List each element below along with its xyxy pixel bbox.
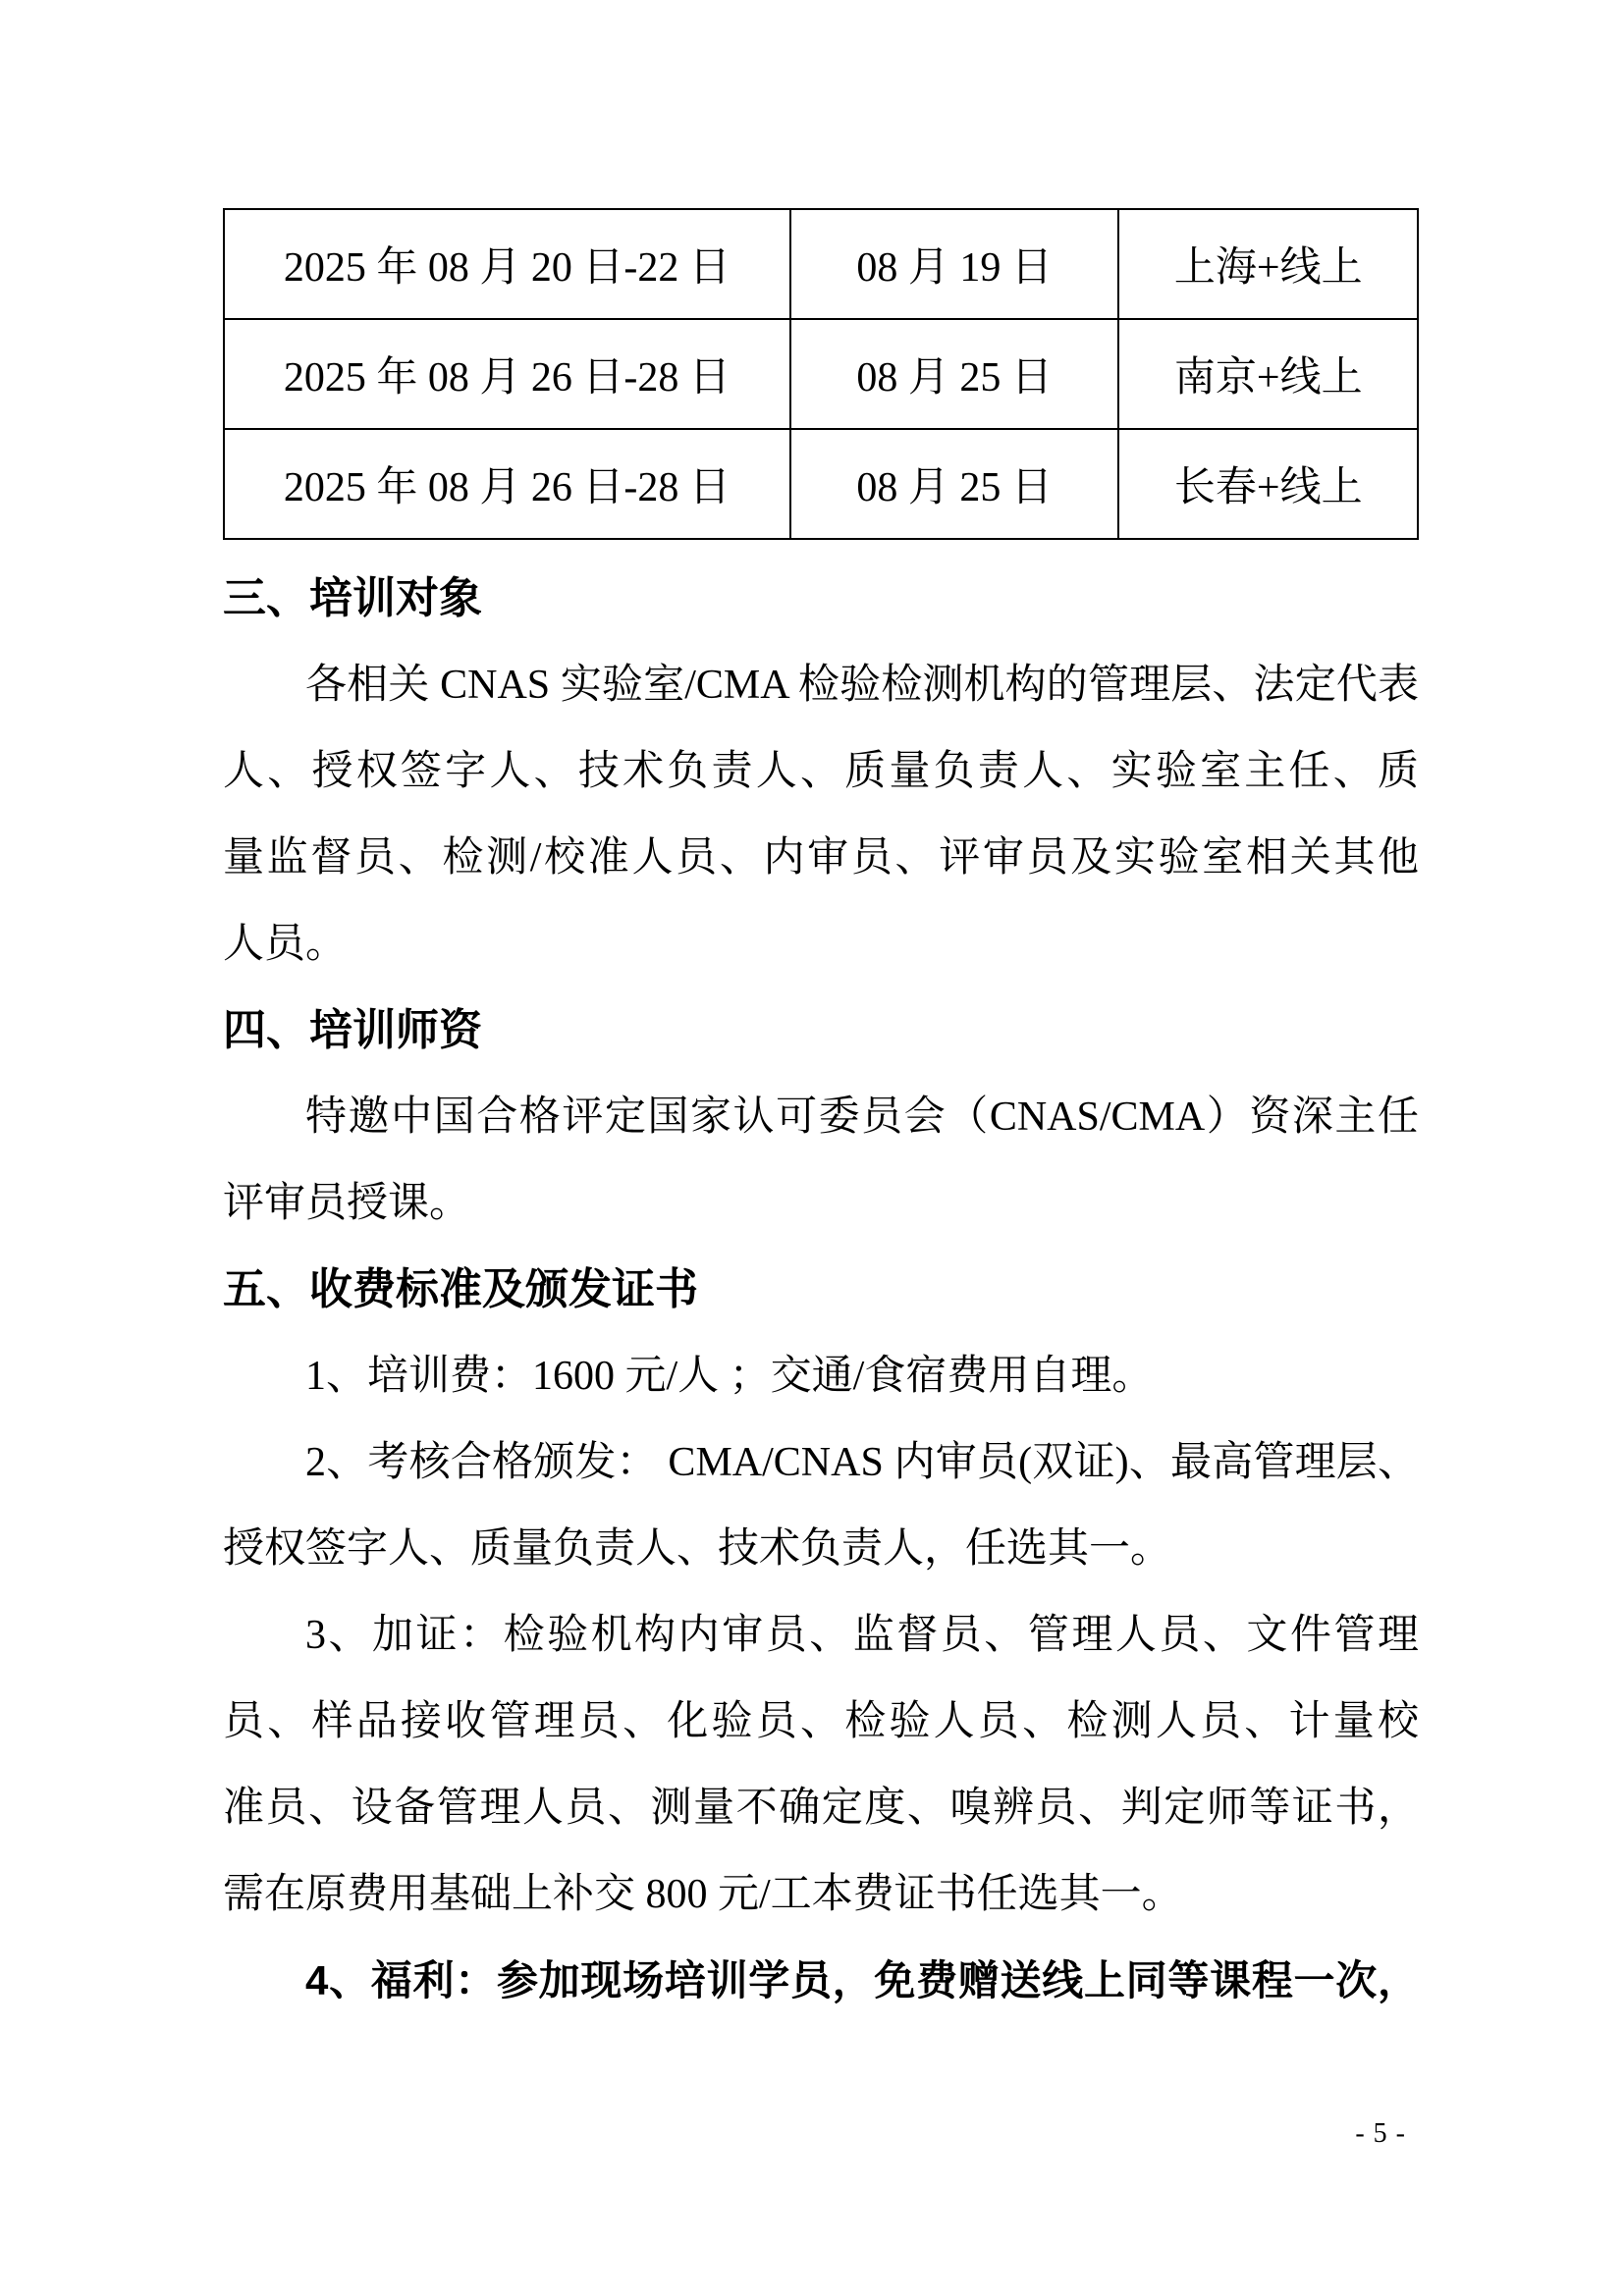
section-heading-training-audience: 三、培训对象 (223, 556, 1419, 642)
paragraph-line: 评审员授课。 (223, 1160, 1419, 1247)
table-row: 2025 年 08 月 26 日-28 日 08 月 25 日 南京+线上 (224, 319, 1418, 429)
registration-deadline-cell: 08 月 25 日 (790, 429, 1119, 539)
location-cell: 上海+线上 (1118, 209, 1418, 319)
training-dates-cell: 2025 年 08 月 26 日-28 日 (224, 319, 790, 429)
section-heading-training-faculty: 四、培训师资 (223, 988, 1419, 1074)
paragraph-line: 人员。 (223, 901, 1419, 988)
registration-deadline-cell: 08 月 19 日 (790, 209, 1119, 319)
location-cell: 南京+线上 (1118, 319, 1418, 429)
paragraph-line: 特邀中国合格评定国家认可委员会（CNAS/CMA）资深主任 (223, 1074, 1419, 1160)
paragraph-line: 员、样品接收管理员、化验员、检验人员、检测人员、计量校 (223, 1679, 1419, 1765)
training-dates-cell: 2025 年 08 月 26 日-28 日 (224, 429, 790, 539)
registration-deadline-cell: 08 月 25 日 (790, 319, 1119, 429)
table-row: 2025 年 08 月 20 日-22 日 08 月 19 日 上海+线上 (224, 209, 1418, 319)
table-row: 2025 年 08 月 26 日-28 日 08 月 25 日 长春+线上 (224, 429, 1418, 539)
paragraph-line: 需在原费用基础上补交 800 元/工本费证书任选其一。 (223, 1851, 1419, 1938)
section-heading-fees-certificates: 五、收费标准及颁发证书 (223, 1247, 1419, 1333)
paragraph-line-benefit: 4、福利：参加现场培训学员，免费赠送线上同等课程一次， (223, 1938, 1419, 2024)
paragraph-line: 各相关 CNAS 实验室/CMA 检验检测机构的管理层、法定代表 (223, 642, 1419, 728)
page-content: 2025 年 08 月 20 日-22 日 08 月 19 日 上海+线上 20… (223, 208, 1419, 2024)
training-dates-cell: 2025 年 08 月 20 日-22 日 (224, 209, 790, 319)
paragraph-line: 3、加证：检验机构内审员、监督员、管理人员、文件管理 (223, 1592, 1419, 1679)
paragraph-line: 人、授权签字人、技术负责人、质量负责人、实验室主任、质 (223, 728, 1419, 815)
schedule-table: 2025 年 08 月 20 日-22 日 08 月 19 日 上海+线上 20… (223, 208, 1419, 540)
paragraph-line: 2、考核合格颁发： CMA/CNAS 内审员(双证)、最高管理层、 (223, 1419, 1419, 1506)
paragraph-line: 1、培训费：1600 元/人 ；交通/食宿费用自理。 (223, 1333, 1419, 1419)
paragraph-line: 量监督员、检测/校准人员、内审员、评审员及实验室相关其他 (223, 815, 1419, 901)
page-number: - 5 - (1355, 2116, 1406, 2152)
location-cell: 长春+线上 (1118, 429, 1418, 539)
paragraph-line: 授权签字人、质量负责人、技术负责人，任选其一。 (223, 1506, 1419, 1592)
paragraph-line: 准员、设备管理人员、测量不确定度、嗅辨员、判定师等证书， (223, 1765, 1419, 1851)
document-body: 三、培训对象 各相关 CNAS 实验室/CMA 检验检测机构的管理层、法定代表 … (223, 556, 1419, 2024)
document-page: 2025 年 08 月 20 日-22 日 08 月 19 日 上海+线上 20… (0, 0, 1624, 2296)
